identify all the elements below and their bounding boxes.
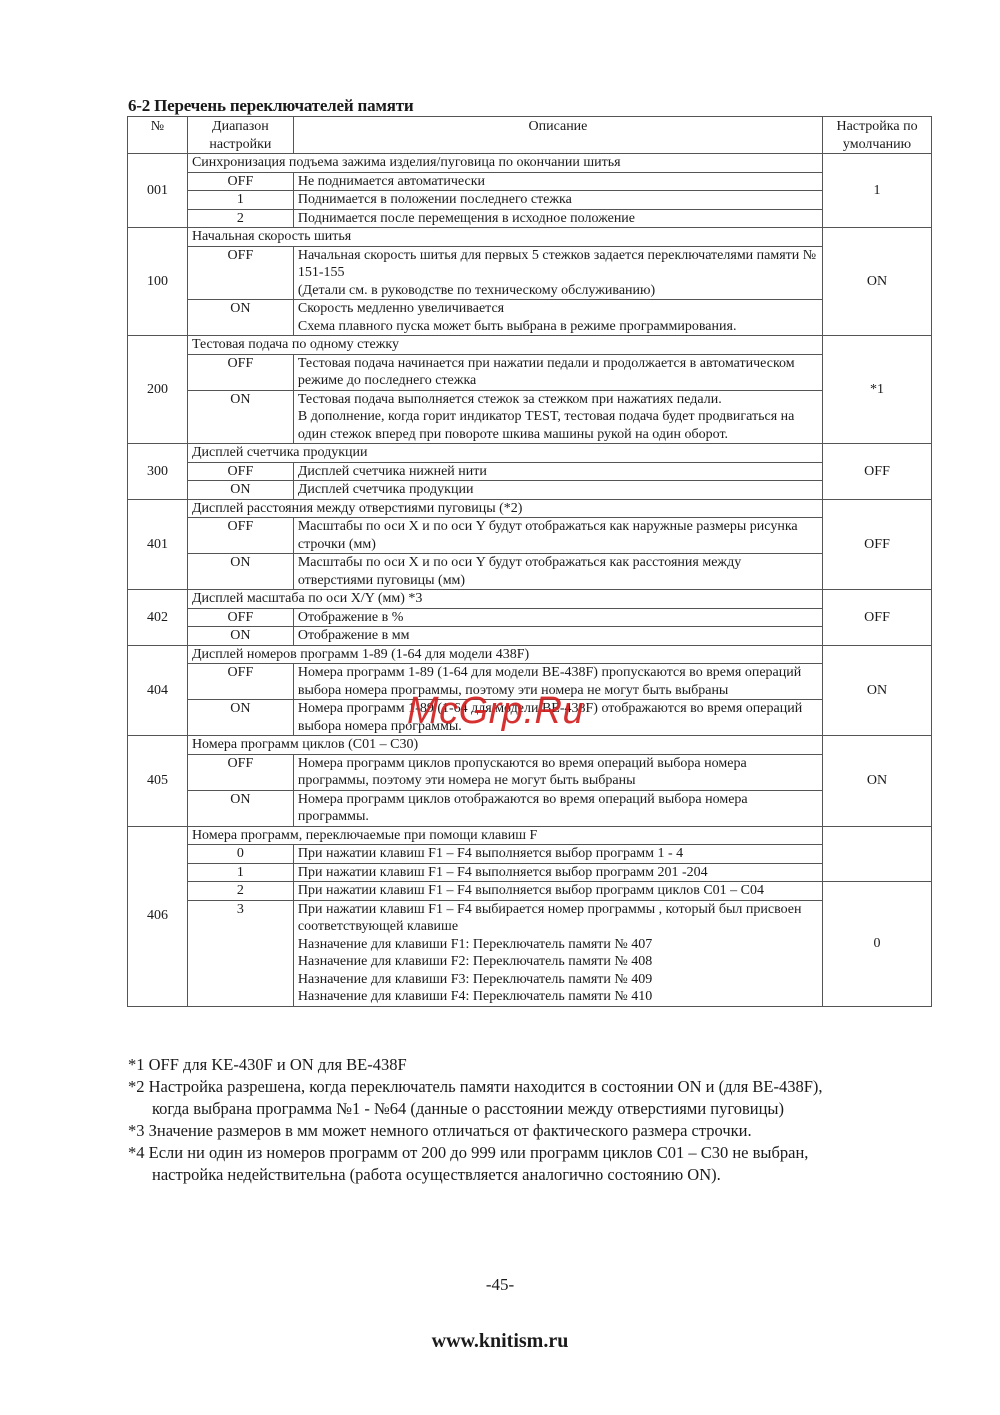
option-value: OFF — [187, 354, 293, 390]
switch-title: Дисплей счетчика продукции — [187, 444, 822, 463]
option-value: ON — [187, 790, 293, 826]
option-description: Поднимается в положении последнего стежк… — [293, 191, 822, 210]
option-value: 1 — [187, 863, 293, 882]
option-value: ON — [187, 390, 293, 444]
switch-title-row: 405Номера программ циклов (C01 – C30)ON — [128, 736, 932, 755]
switch-title-row: 200Тестовая подача по одному стежку*1 — [128, 336, 932, 355]
option-description: Масштабы по оси X и по оси Y будут отобр… — [293, 554, 822, 590]
switch-default: 1 — [823, 154, 932, 228]
option-value: ON — [187, 481, 293, 500]
switch-default: OFF — [823, 444, 932, 500]
option-description: Не поднимается автоматически — [293, 172, 822, 191]
switch-option-row: ONТестовая подача выполняется стежок за … — [128, 390, 932, 444]
option-value: ON — [187, 700, 293, 736]
footnote: *4 Если ни один из номеров программ от 2… — [128, 1142, 928, 1186]
option-description: Скорость медленно увеличиваетсяСхема пла… — [293, 300, 822, 336]
option-description: Тестовая подача выполняется стежок за ст… — [293, 390, 822, 444]
table-body: 001Синхронизация подъема зажима изделия/… — [128, 154, 932, 1007]
switch-option-row: ONМасштабы по оси X и по оси Y будут ото… — [128, 554, 932, 590]
default-blank-cell — [823, 826, 932, 882]
switch-option-row: OFFНачальная скорость шитья для первых 5… — [128, 246, 932, 300]
option-description: При нажатии клавиш F1 – F4 выполняется в… — [293, 882, 822, 901]
switch-option-row: OFFМасштабы по оси X и по оси Y будут от… — [128, 518, 932, 554]
option-value: ON — [187, 627, 293, 646]
switch-title-row: 401Дисплей расстояния между отверстиями … — [128, 499, 932, 518]
table-header-row: № Диапазоннастройки Описание Настройка п… — [128, 117, 932, 154]
option-description: Отображение в % — [293, 608, 822, 627]
switch-option-row: OFFДисплей счетчика нижней нити — [128, 462, 932, 481]
switch-option-row: ONОтображение в мм — [128, 627, 932, 646]
switch-default: 0 — [823, 882, 932, 1007]
switch-option-row: 1Поднимается в положении последнего стеж… — [128, 191, 932, 210]
switch-option-row: ONНомера программ циклов отображаются во… — [128, 790, 932, 826]
switch-title: Дисплей номеров программ 1-89 (1-64 для … — [187, 645, 822, 664]
switch-number: 402 — [128, 590, 188, 646]
option-value: OFF — [187, 518, 293, 554]
switch-title-row: 001Синхронизация подъема зажима изделия/… — [128, 154, 932, 173]
switch-title: Тестовая подача по одному стежку — [187, 336, 822, 355]
option-value: ON — [187, 554, 293, 590]
switch-default: *1 — [823, 336, 932, 444]
switch-title-row: 300Дисплей счетчика продукцииOFF — [128, 444, 932, 463]
option-description: Тестовая подача начинается при нажатии п… — [293, 354, 822, 390]
footnote: *2 Настройка разрешена, когда переключат… — [128, 1076, 928, 1120]
footnote-continuation: настройка недействительна (работа осущес… — [128, 1164, 928, 1186]
option-description: При нажатии клавиш F1 – F4 выполняется в… — [293, 845, 822, 864]
switch-number: 405 — [128, 736, 188, 827]
option-description: При нажатии клавиш F1 – F4 выполняется в… — [293, 863, 822, 882]
option-value: 0 — [187, 845, 293, 864]
header-description: Описание — [293, 117, 822, 154]
switch-number: 100 — [128, 228, 188, 336]
switch-title-row: 402Дисплей масштаба по оси X/Y (мм) *3OF… — [128, 590, 932, 609]
header-range: Диапазоннастройки — [187, 117, 293, 154]
switch-title-row: 406Номера программ, переключаемые при по… — [128, 826, 932, 845]
option-description: Поднимается после перемещения в исходное… — [293, 209, 822, 228]
header-default: Настройка поумолчанию — [823, 117, 932, 154]
switch-option-row: OFFНомера программ циклов пропускаются в… — [128, 754, 932, 790]
option-description: Масштабы по оси X и по оси Y будут отобр… — [293, 518, 822, 554]
option-description: Номера программ циклов отображаются во в… — [293, 790, 822, 826]
switch-default: OFF — [823, 590, 932, 646]
option-value: ON — [187, 300, 293, 336]
memory-switch-table: № Диапазоннастройки Описание Настройка п… — [127, 116, 932, 1007]
section-title: 6-2 Перечень переключателей памяти — [128, 96, 414, 116]
website-link[interactable]: www.knitism.ru — [0, 1330, 1000, 1353]
switch-title-row: 404Дисплей номеров программ 1-89 (1-64 д… — [128, 645, 932, 664]
switch-title: Дисплей масштаба по оси X/Y (мм) *3 — [187, 590, 822, 609]
footnote: *1 OFF для KE-430F и ON для BE-438F — [128, 1054, 928, 1076]
switch-title: Номера программ циклов (C01 – C30) — [187, 736, 822, 755]
option-value: OFF — [187, 172, 293, 191]
switch-default: ON — [823, 645, 932, 736]
switch-option-row: ONДисплей счетчика продукции — [128, 481, 932, 500]
switch-option-row: ONНомера программ 1-89 (1-64 для модели … — [128, 700, 932, 736]
switch-number: 001 — [128, 154, 188, 228]
switch-option-row: 2Поднимается после перемещения в исходно… — [128, 209, 932, 228]
switch-option-row: OFFНомера программ 1-89 (1-64 для модели… — [128, 664, 932, 700]
option-description: При нажатии клавиш F1 – F4 выбирается но… — [293, 900, 822, 1006]
footnote: *3 Значение размеров в мм может немного … — [128, 1120, 928, 1142]
page-number: -45- — [0, 1275, 1000, 1295]
option-value: 2 — [187, 882, 293, 901]
option-value: 1 — [187, 191, 293, 210]
switch-number: 300 — [128, 444, 188, 500]
option-value: OFF — [187, 246, 293, 300]
option-value: OFF — [187, 462, 293, 481]
switch-default: ON — [823, 736, 932, 827]
option-value: OFF — [187, 608, 293, 627]
option-value: 2 — [187, 209, 293, 228]
switch-number: 406 — [128, 826, 188, 1006]
switch-option-row: OFFТестовая подача начинается при нажати… — [128, 354, 932, 390]
option-value: OFF — [187, 664, 293, 700]
switch-option-row: ONСкорость медленно увеличиваетсяСхема п… — [128, 300, 932, 336]
option-description: Отображение в мм — [293, 627, 822, 646]
switch-default: ON — [823, 228, 932, 336]
switch-option-row: OFFОтображение в % — [128, 608, 932, 627]
switch-title: Дисплей расстояния между отверстиями пуг… — [187, 499, 822, 518]
switch-number: 200 — [128, 336, 188, 444]
option-value: OFF — [187, 754, 293, 790]
switch-title: Синхронизация подъема зажима изделия/пуг… — [187, 154, 822, 173]
option-description: Номера программ циклов пропускаются во в… — [293, 754, 822, 790]
switch-option-row: OFFНе поднимается автоматически — [128, 172, 932, 191]
switch-number: 404 — [128, 645, 188, 736]
option-description: Номера программ 1-89 (1-64 для модели BE… — [293, 700, 822, 736]
option-description: Номера программ 1-89 (1-64 для модели BE… — [293, 664, 822, 700]
switch-option-row: 1При нажатии клавиш F1 – F4 выполняется … — [128, 863, 932, 882]
switch-option-row: 3При нажатии клавиш F1 – F4 выбирается н… — [128, 900, 932, 1006]
switch-number: 401 — [128, 499, 188, 590]
header-no: № — [128, 117, 188, 154]
option-description: Начальная скорость шитья для первых 5 ст… — [293, 246, 822, 300]
switch-title-row: 100Начальная скорость шитьяON — [128, 228, 932, 247]
option-value: 3 — [187, 900, 293, 1006]
option-description: Дисплей счетчика продукции — [293, 481, 822, 500]
footnote-continuation: когда выбрана программа №1 - №64 (данные… — [128, 1098, 928, 1120]
switch-default: OFF — [823, 499, 932, 590]
option-description: Дисплей счетчика нижней нити — [293, 462, 822, 481]
switch-title: Начальная скорость шитья — [187, 228, 822, 247]
switch-title: Номера программ, переключаемые при помощ… — [187, 826, 822, 845]
footnotes: *1 OFF для KE-430F и ON для BE-438F*2 На… — [128, 1054, 928, 1186]
switch-option-row: 2При нажатии клавиш F1 – F4 выполняется … — [128, 882, 932, 901]
switch-option-row: 0При нажатии клавиш F1 – F4 выполняется … — [128, 845, 932, 864]
